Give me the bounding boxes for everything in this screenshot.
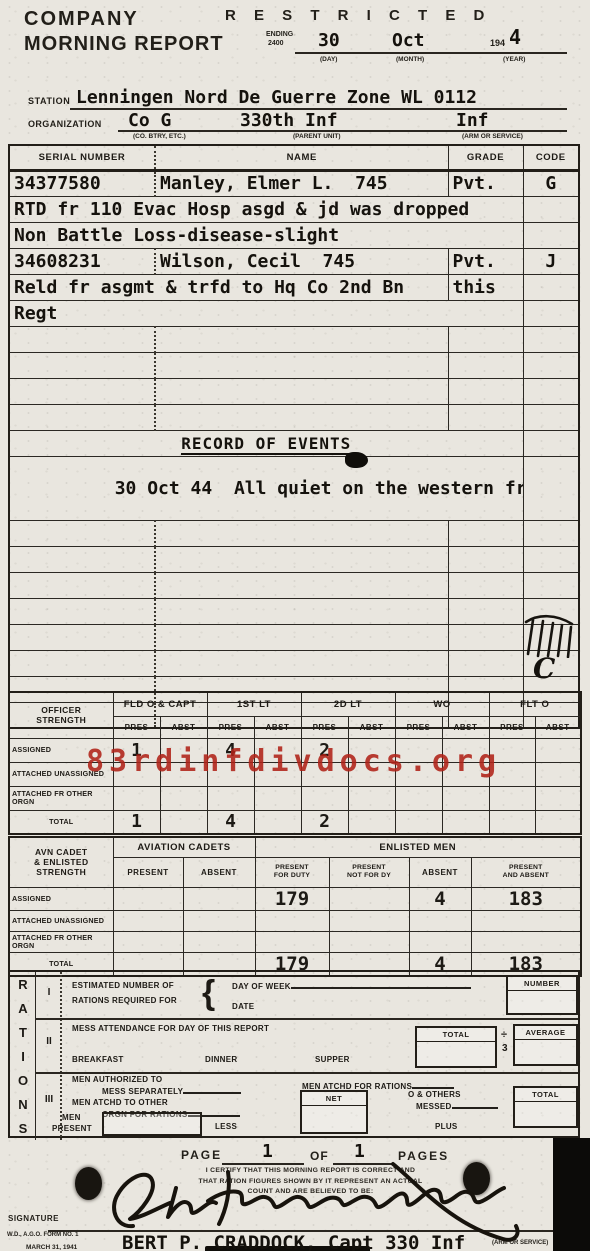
mess-total-box: TOTAL <box>415 1026 497 1068</box>
group-2d-lt: 2D LT <box>301 692 395 716</box>
date-label: DATE <box>232 1002 254 1012</box>
divisor-3: 3 <box>502 1044 508 1054</box>
col-name: NAME <box>155 145 448 170</box>
men-authorized-line2: MESS SEPARATELY <box>102 1086 241 1097</box>
roster-row-wilson: 34608231 Wilson, Cecil 745 Pvt. J <box>9 248 579 274</box>
grade: Pvt. <box>448 170 523 196</box>
estimated-rations-line2: RATIONS REQUIRED FOR <box>72 996 177 1006</box>
record-of-events-title: RECORD OF EVENTS <box>181 434 351 455</box>
year-printed: 194 <box>490 38 505 48</box>
rations-side-label: R A T I O N S <box>10 972 36 1140</box>
col-grade: GRADE <box>448 145 523 170</box>
margin-letter-mark: C <box>533 652 555 685</box>
rations-section: R A T I O N S I II III ESTIMATED NUMBER … <box>8 970 580 1138</box>
empty-ruled-row <box>9 650 579 676</box>
organization-parent-unit: 330th Inf <box>240 110 338 131</box>
enlisted-attached-fr-other-row: ATTACHED FR OTHER ORGN <box>9 931 581 952</box>
empty-ruled-row <box>9 572 579 598</box>
roster-note-row: Non Battle Loss-disease-slight <box>9 222 579 248</box>
net-box: NET <box>300 1090 368 1134</box>
day-field-label: (DAY) <box>320 56 337 63</box>
rations-row-divider <box>36 1018 578 1020</box>
empty-ruled-row <box>9 598 579 624</box>
roster-note-row: RTD fr 110 Evac Hosp asgd & jd was dropp… <box>9 196 579 222</box>
year-typed: 4 <box>509 25 521 49</box>
rations-numeral-2: II <box>36 1036 62 1047</box>
average-box: AVERAGE <box>513 1024 578 1066</box>
report-day: 30 <box>318 30 340 51</box>
roster-note-row: Reld fr asgmt & trfd to Hq Co 2nd Bn thi… <box>9 274 579 300</box>
rations-numeral-1: I <box>36 987 62 998</box>
form-number: W.D., A.G.O. FORM NO. 1 <box>7 1232 78 1238</box>
events-entry: 30 Oct 44 All quiet on the western front <box>9 456 523 520</box>
roster-note: RTD fr 110 Evac Hosp asgd & jd was dropp… <box>9 196 523 222</box>
org-unit-sublabel: (CO. BTRY, ETC.) <box>133 133 186 140</box>
col-code: CODE <box>523 145 579 170</box>
morning-report-scan: COMPANY R E S T R I C T E D MORNING REPO… <box>0 0 590 1251</box>
day-of-week-label: DAY OF WEEK <box>232 981 471 992</box>
empty-ruled-row <box>9 326 579 352</box>
group-flt-o: FLT O <box>489 692 581 716</box>
soldier-name: Manley, Elmer L. 745 <box>155 170 448 196</box>
others-messed-line1: O & OTHERS <box>408 1090 461 1100</box>
empty-ruled-row <box>9 404 579 430</box>
brace-glyph: { <box>202 974 215 1013</box>
enlisted-attached-unassigned-row: ATTACHED UNASSIGNED <box>9 910 581 931</box>
organization-label: ORGANIZATION <box>28 119 102 129</box>
ending-label-line2: 2400 <box>268 40 284 48</box>
officer-group-header-row: OFFICER STRENGTH FLD O & CAPT 1ST LT 2D … <box>9 692 581 716</box>
enlisted-group-header-row: AVN CADET & ENLISTED STRENGTH AVIATION C… <box>9 837 581 857</box>
restricted-stamp: R E S T R I C T E D <box>225 7 491 24</box>
roster-note: Regt <box>9 300 523 326</box>
events-entry-date: 30 Oct 44 <box>115 478 213 499</box>
less-label: LESS <box>215 1122 237 1132</box>
empty-ruled-row <box>9 352 579 378</box>
year-field-label: (YEAR) <box>503 56 525 63</box>
roster-note-overflow: this <box>448 274 523 300</box>
events-entry-text: All quiet on the western front <box>234 478 523 499</box>
empty-ruled-row <box>9 546 579 572</box>
form-title-line2: MORNING REPORT <box>24 33 224 56</box>
scan-edge-black-bar <box>553 1138 590 1251</box>
record-of-events-title-row: RECORD OF EVENTS <box>9 430 579 456</box>
enlisted-strength-corner: AVN CADET & ENLISTED STRENGTH <box>9 837 113 887</box>
empty-ruled-row <box>9 378 579 404</box>
form-date: MARCH 31, 1941 <box>26 1244 77 1251</box>
report-month: Oct <box>392 30 425 51</box>
station-value: Lenningen Nord De Guerre Zone WL 0112 <box>76 87 477 108</box>
roster-note-row: Regt <box>9 300 579 326</box>
org-parent-sublabel: (PARENT UNIT) <box>293 133 341 140</box>
roster-table: SERIAL NUMBER NAME GRADE CODE 34377580 M… <box>8 144 580 729</box>
number-box: NUMBER <box>506 975 578 1015</box>
supper-label: SUPPER <box>315 1055 350 1065</box>
dinner-label: DINNER <box>205 1055 237 1065</box>
group-aviation-cadets: AVIATION CADETS <box>113 837 255 857</box>
month-field-label: (MONTH) <box>396 56 424 63</box>
col-cadets-absent: ABSENT <box>183 857 255 887</box>
roster-note: Reld fr asgmt & trfd to Hq Co 2nd Bn <box>9 274 448 300</box>
ink-blot <box>345 452 368 468</box>
group-wo: WO <box>395 692 489 716</box>
men-present-box <box>102 1112 202 1136</box>
organization-arm: Inf <box>456 110 489 131</box>
empty-ruled-row <box>9 624 579 650</box>
men-present-line1: MEN <box>62 1113 81 1123</box>
group-enlisted-men: ENLISTED MEN <box>255 837 581 857</box>
officer-attached-fr-other-row: ATTACHED FR OTHER ORGN <box>9 786 581 810</box>
form-title-line1: COMPANY <box>24 8 139 31</box>
col-cadets-present: PRESENT <box>113 857 183 887</box>
organization-underline <box>118 130 567 132</box>
men-present-line2: PRESENT <box>52 1124 92 1134</box>
empty-ruled-row <box>9 520 579 546</box>
watermark: 83rdinfdivdocs.org <box>86 744 501 779</box>
col-serial-number: SERIAL NUMBER <box>9 145 155 170</box>
officer-strength-corner: OFFICER STRENGTH <box>9 692 113 738</box>
roster-header-row: SERIAL NUMBER NAME GRADE CODE <box>9 145 579 170</box>
roster-note: Non Battle Loss-disease-slight <box>9 222 523 248</box>
plus-label: PLUS <box>435 1122 458 1132</box>
soldier-name: Wilson, Cecil 745 <box>155 248 448 274</box>
enlisted-assigned-row: ASSIGNED 179 4 183 <box>9 887 581 910</box>
breakfast-label: BREAKFAST <box>72 1055 124 1065</box>
serial-number: 34608231 <box>9 248 155 274</box>
rations-row-divider <box>36 1072 578 1074</box>
group-1st-lt: 1ST LT <box>207 692 301 716</box>
org-arm-sublabel: (ARM OR SERVICE) <box>462 133 523 140</box>
col-present-and-absent: PRESENT AND ABSENT <box>471 857 581 887</box>
date-underline <box>295 52 567 54</box>
men-authorized-line1: MEN AUTHORIZED TO <box>72 1075 162 1085</box>
estimated-rations-line1: ESTIMATED NUMBER OF <box>72 981 174 991</box>
men-atchd-other-line1: MEN ATCHD TO OTHER <box>72 1098 168 1108</box>
handwritten-signature <box>88 1146 528 1250</box>
station-label: STATION <box>28 96 70 106</box>
col-enlisted-absent: ABSENT <box>409 857 471 887</box>
rations-numeral-3: III <box>36 1094 62 1105</box>
roster-row-manley: 34377580 Manley, Elmer L. 745 Pvt. G <box>9 170 579 196</box>
enlisted-strength-table: AVN CADET & ENLISTED STRENGTH AVIATION C… <box>8 836 582 977</box>
record-of-events-entry-row: 30 Oct 44 All quiet on the western front <box>9 456 579 520</box>
grade: Pvt. <box>448 248 523 274</box>
divide-sign: ÷ <box>501 1030 507 1040</box>
serial-number: 34377580 <box>9 170 155 196</box>
col-present-not-for-duty: PRESENT NOT FOR DY <box>329 857 409 887</box>
signature-label: SIGNATURE <box>8 1214 59 1223</box>
officer-total-row: TOTAL 1 4 2 <box>9 810 581 834</box>
col-present-for-duty: PRESENT FOR DUTY <box>255 857 329 887</box>
code: J <box>523 248 579 274</box>
group-fld-o-capt: FLD O & CAPT <box>113 692 207 716</box>
mess-attendance-label: MESS ATTENDANCE FOR DAY OF THIS REPORT <box>72 1024 269 1034</box>
code: G <box>523 170 579 196</box>
ending-label-line1: ENDING <box>266 31 293 39</box>
rations-total-box: TOTAL <box>513 1086 578 1128</box>
others-messed-line2: MESSED <box>416 1101 498 1112</box>
organization-unit: Co G <box>128 110 171 131</box>
